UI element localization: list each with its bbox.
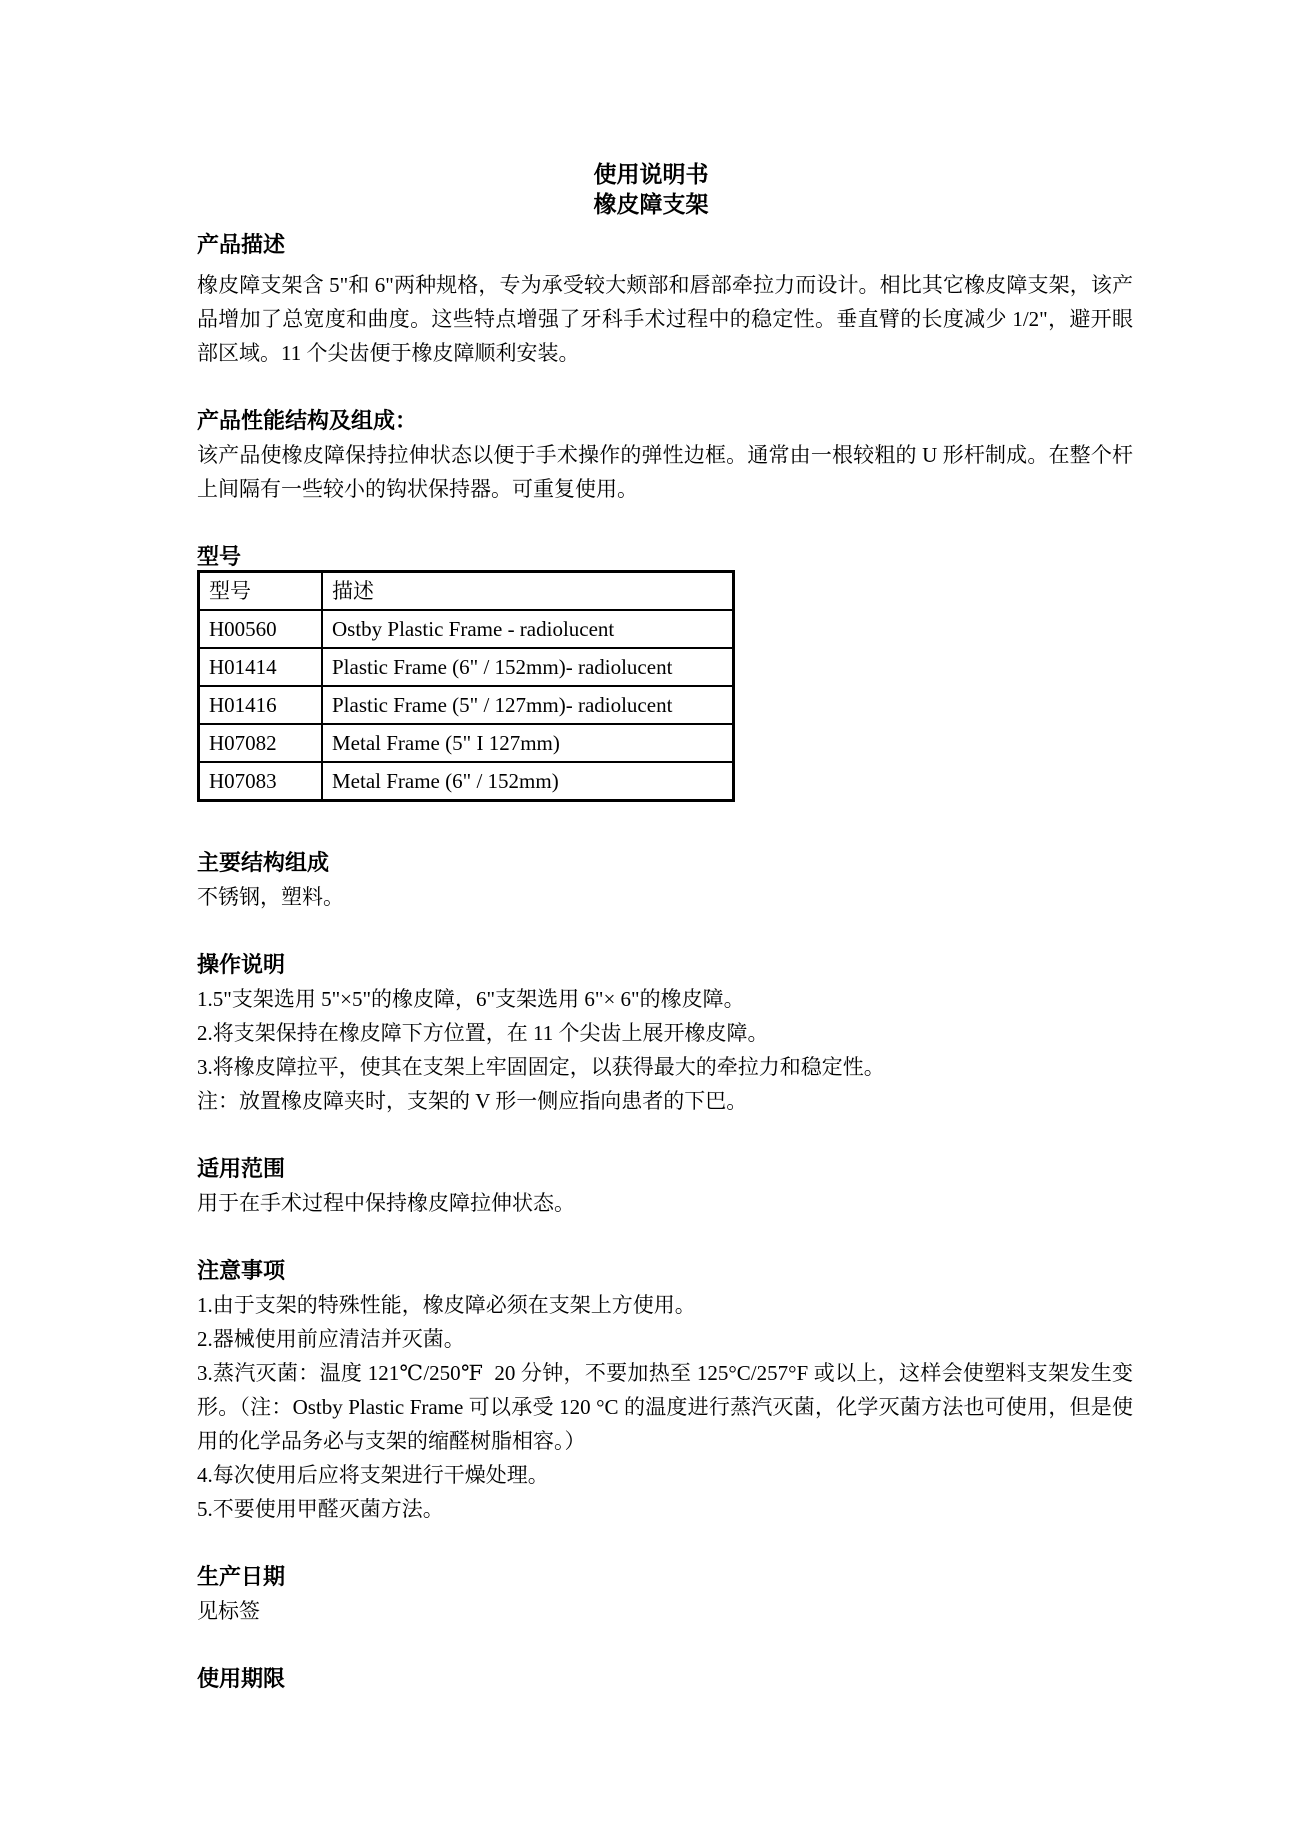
document-content: 使用说明书 橡皮障支架 产品描述 橡皮障支架含 5"和 6"两种规格，专为承受较…: [197, 0, 1133, 1696]
precaution-item: 2.器械使用前应清洁并灭菌。: [197, 1322, 1133, 1356]
table-row: H07083 Metal Frame (6" / 152mm): [199, 762, 734, 801]
precaution-item: 3.蒸汽灭菌：温度 121℃/250℉ 20 分钟，不要加热至 125°C/25…: [197, 1356, 1133, 1458]
precaution-item: 1.由于支架的特殊性能，橡皮障必须在支架上方使用。: [197, 1288, 1133, 1322]
heading-product-description: 产品描述: [197, 228, 1133, 262]
precaution-item: 4.每次使用后应将支架进行干燥处理。: [197, 1458, 1133, 1492]
document-page: 使用说明书 橡皮障支架 产品描述 橡皮障支架含 5"和 6"两种规格，专为承受较…: [0, 0, 1299, 1837]
model-code-cell: H00560: [199, 610, 323, 648]
paragraph-production-date: 见标签: [197, 1594, 1133, 1628]
title-block: 使用说明书 橡皮障支架: [183, 0, 1119, 220]
model-code-cell: H01414: [199, 648, 323, 686]
paragraph-main-composition: 不锈钢，塑料。: [197, 880, 1133, 914]
precaution-item: 5.不要使用甲醛灭菌方法。: [197, 1492, 1133, 1526]
heading-service-life: 使用期限: [197, 1662, 1133, 1696]
table-row: H01416 Plastic Frame (5" / 127mm)- radio…: [199, 686, 734, 724]
model-code-cell: H07082: [199, 724, 323, 762]
models-table: 型号 描述 H00560 Ostby Plastic Frame - radio…: [197, 570, 735, 802]
table-header-model: 型号: [199, 572, 323, 611]
operation-step: 1.5"支架选用 5"×5"的橡皮障，6"支架选用 6"× 6"的橡皮障。: [197, 982, 1133, 1016]
heading-main-composition: 主要结构组成: [197, 846, 1133, 880]
paragraph-product-description: 橡皮障支架含 5"和 6"两种规格，专为承受较大颊部和唇部牵拉力而设计。相比其它…: [197, 268, 1133, 370]
document-title: 使用说明书: [183, 160, 1119, 190]
table-header-row: 型号 描述: [199, 572, 734, 611]
document-subtitle: 橡皮障支架: [183, 190, 1119, 220]
heading-models: 型号: [197, 540, 1133, 574]
heading-scope-of-application: 适用范围: [197, 1152, 1133, 1186]
model-desc-cell: Plastic Frame (5" / 127mm)- radiolucent: [322, 686, 734, 724]
operation-step: 2.将支架保持在橡皮障下方位置，在 11 个尖齿上展开橡皮障。: [197, 1016, 1133, 1050]
heading-performance-structure: 产品性能结构及组成：: [197, 404, 1133, 438]
heading-operation-instructions: 操作说明: [197, 948, 1133, 982]
table-row: H00560 Ostby Plastic Frame - radiolucent: [199, 610, 734, 648]
paragraph-scope-of-application: 用于在手术过程中保持橡皮障拉伸状态。: [197, 1186, 1133, 1220]
paragraph-performance-structure: 该产品使橡皮障保持拉伸状态以便于手术操作的弹性边框。通常由一根较粗的 U 形杆制…: [197, 438, 1133, 506]
table-header-description: 描述: [322, 572, 734, 611]
model-code-cell: H07083: [199, 762, 323, 801]
operation-step: 3.将橡皮障拉平，使其在支架上牢固固定，以获得最大的牵拉力和稳定性。: [197, 1050, 1133, 1084]
heading-production-date: 生产日期: [197, 1560, 1133, 1594]
model-desc-cell: Ostby Plastic Frame - radiolucent: [322, 610, 734, 648]
table-row: H01414 Plastic Frame (6" / 152mm)- radio…: [199, 648, 734, 686]
model-desc-cell: Metal Frame (6" / 152mm): [322, 762, 734, 801]
model-desc-cell: Plastic Frame (6" / 152mm)- radiolucent: [322, 648, 734, 686]
operation-note: 注：放置橡皮障夹时，支架的 V 形一侧应指向患者的下巴。: [197, 1084, 1133, 1118]
heading-precautions: 注意事项: [197, 1254, 1133, 1288]
table-row: H07082 Metal Frame (5" I 127mm): [199, 724, 734, 762]
model-code-cell: H01416: [199, 686, 323, 724]
model-desc-cell: Metal Frame (5" I 127mm): [322, 724, 734, 762]
